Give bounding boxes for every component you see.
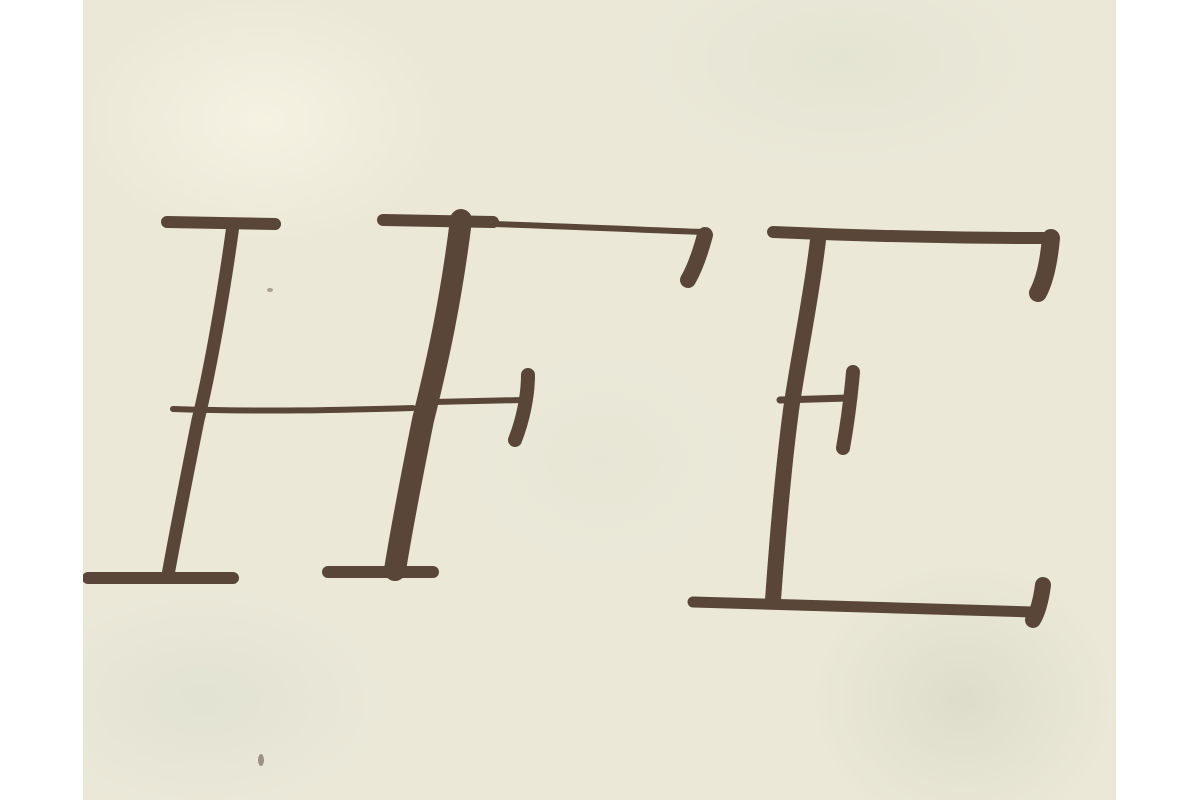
- image-frame: HFE: [0, 0, 1200, 800]
- letter-e: [693, 232, 1051, 620]
- ink-specks: [258, 288, 273, 766]
- connecting-top-stroke: [493, 224, 705, 280]
- handwritten-letters: [83, 0, 1116, 800]
- parchment-paper: HFE: [83, 0, 1116, 800]
- letter-h: [88, 220, 528, 578]
